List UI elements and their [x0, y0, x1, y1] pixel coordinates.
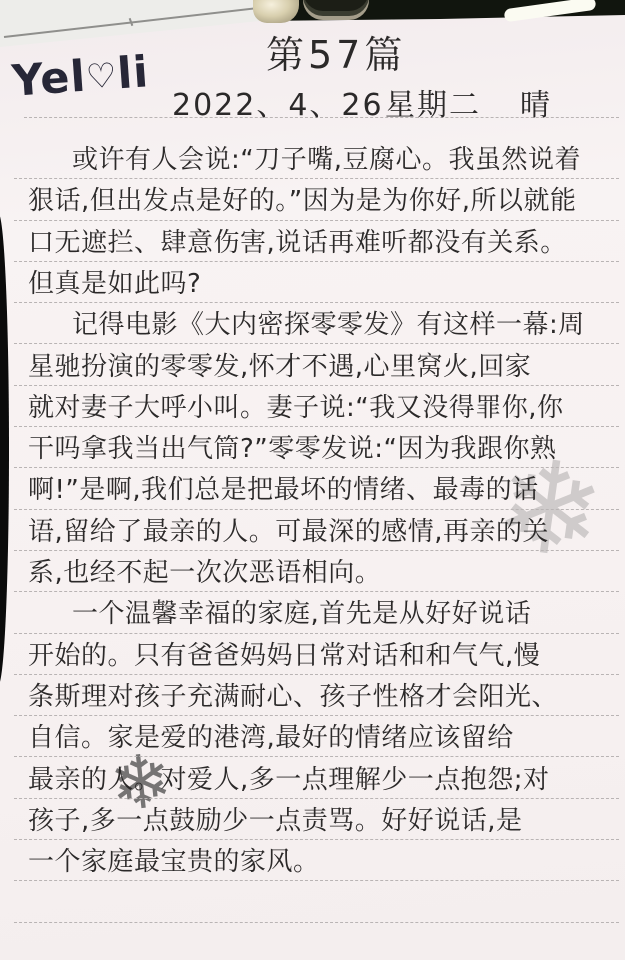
diary-line-text: 记得电影《大内密探零零发》有这样一幕:周	[14, 302, 619, 342]
binder-rings-icon	[303, 0, 369, 20]
brand-logo-suffix: li	[116, 47, 151, 99]
diary-line: 干吗拿我当出气筒?”零零发说:“因为我跟你熟	[14, 426, 619, 468]
diary-line: 就对妻子大呼小叫。妻子说:“我又没得罪你,你	[14, 385, 619, 427]
diary-line: 星驰扮演的零零发,怀才不遇,心里窝火,回家	[14, 344, 619, 386]
diary-line: 系,也经不起一次次恶语相向。	[14, 550, 619, 592]
diary-line-text: 语,留给了最亲的人。可最深的感情,再亲的关	[14, 509, 619, 549]
diary-line-text: 或许有人会说:“刀子嘴,豆腐心。我虽然说着	[14, 137, 619, 177]
diary-line: 啊!”是啊,我们总是把最坏的情绪、最毒的话	[14, 467, 619, 509]
diary-line: 狠话,但出发点是好的。”因为是为你好,所以就能	[14, 178, 619, 220]
heart-icon: ♡	[85, 55, 119, 97]
diary-line: 条斯理对孩子充满耐心、孩子性格才会阳光、	[14, 674, 619, 716]
diary-line-text: 一个家庭最宝贵的家风。	[14, 839, 619, 879]
diary-line-text: 系,也经不起一次次恶语相向。	[14, 550, 619, 590]
photo-of-diary-page: Yel♡li 第57篇 2022、4、26 星期二 晴 ❄ ❄ 或许有人会说:“…	[0, 0, 625, 960]
diary-line-text: 星驰扮演的零零发,怀才不遇,心里窝火,回家	[14, 344, 619, 384]
diary-line: 最亲的人。对爱人,多一点理解少一点抱怨;对	[14, 757, 619, 799]
diary-line-text: 就对妻子大呼小叫。妻子说:“我又没得罪你,你	[14, 385, 619, 425]
diary-line-text: 条斯理对孩子充满耐心、孩子性格才会阳光、	[14, 674, 619, 714]
diary-line-text	[14, 880, 619, 886]
diary-line-text: 但真是如此吗?	[14, 261, 619, 301]
diary-line-text: 口无遮拦、肆意伤害,说话再难听都没有关系。	[14, 220, 619, 260]
diary-line: 口无遮拦、肆意伤害,说话再难听都没有关系。	[14, 220, 619, 262]
brand-logo-prefix: Yel	[10, 52, 87, 107]
diary-line-text: 孩子,多一点鼓励少一点责骂。好好说话,是	[14, 798, 619, 838]
metal-clip	[253, 0, 299, 23]
diary-line: 记得电影《大内密探零零发》有这样一幕:周	[14, 302, 619, 344]
diary-line: 自信。家是爱的港湾,最好的情绪应该留给	[14, 715, 619, 757]
diary-paper: Yel♡li 第57篇 2022、4、26 星期二 晴 ❄ ❄ 或许有人会说:“…	[0, 0, 625, 960]
diary-line-text: 狠话,但出发点是好的。”因为是为你好,所以就能	[14, 178, 619, 218]
diary-line-text: 最亲的人。对爱人,多一点理解少一点抱怨;对	[14, 757, 619, 797]
diary-line-text: 啊!”是啊,我们总是把最坏的情绪、最毒的话	[14, 467, 619, 507]
diary-line-text: 干吗拿我当出气筒?”零零发说:“因为我跟你熟	[14, 426, 619, 466]
diary-lines: 或许有人会说:“刀子嘴,豆腐心。我虽然说着狠话,但出发点是好的。”因为是为你好,…	[0, 0, 625, 960]
diary-line: 一个家庭最宝贵的家风。	[14, 839, 619, 881]
diary-line: 孩子,多一点鼓励少一点责骂。好好说话,是	[14, 798, 619, 840]
brand-logo: Yel♡li	[11, 51, 151, 103]
diary-line: 一个温馨幸福的家庭,首先是从好好说话	[14, 591, 619, 633]
diary-line-text: 一个温馨幸福的家庭,首先是从好好说话	[14, 591, 619, 631]
diary-line: 或许有人会说:“刀子嘴,豆腐心。我虽然说着	[14, 137, 619, 179]
diary-line	[14, 880, 619, 922]
diary-line: 但真是如此吗?	[14, 261, 619, 303]
diary-line-text: 自信。家是爱的港湾,最好的情绪应该留给	[14, 715, 619, 755]
diary-line-text: 开始的。只有爸爸妈妈日常对话和和气气,慢	[14, 633, 619, 673]
diary-line: 语,留给了最亲的人。可最深的感情,再亲的关	[14, 509, 619, 551]
diary-line: 开始的。只有爸爸妈妈日常对话和和气气,慢	[14, 633, 619, 675]
